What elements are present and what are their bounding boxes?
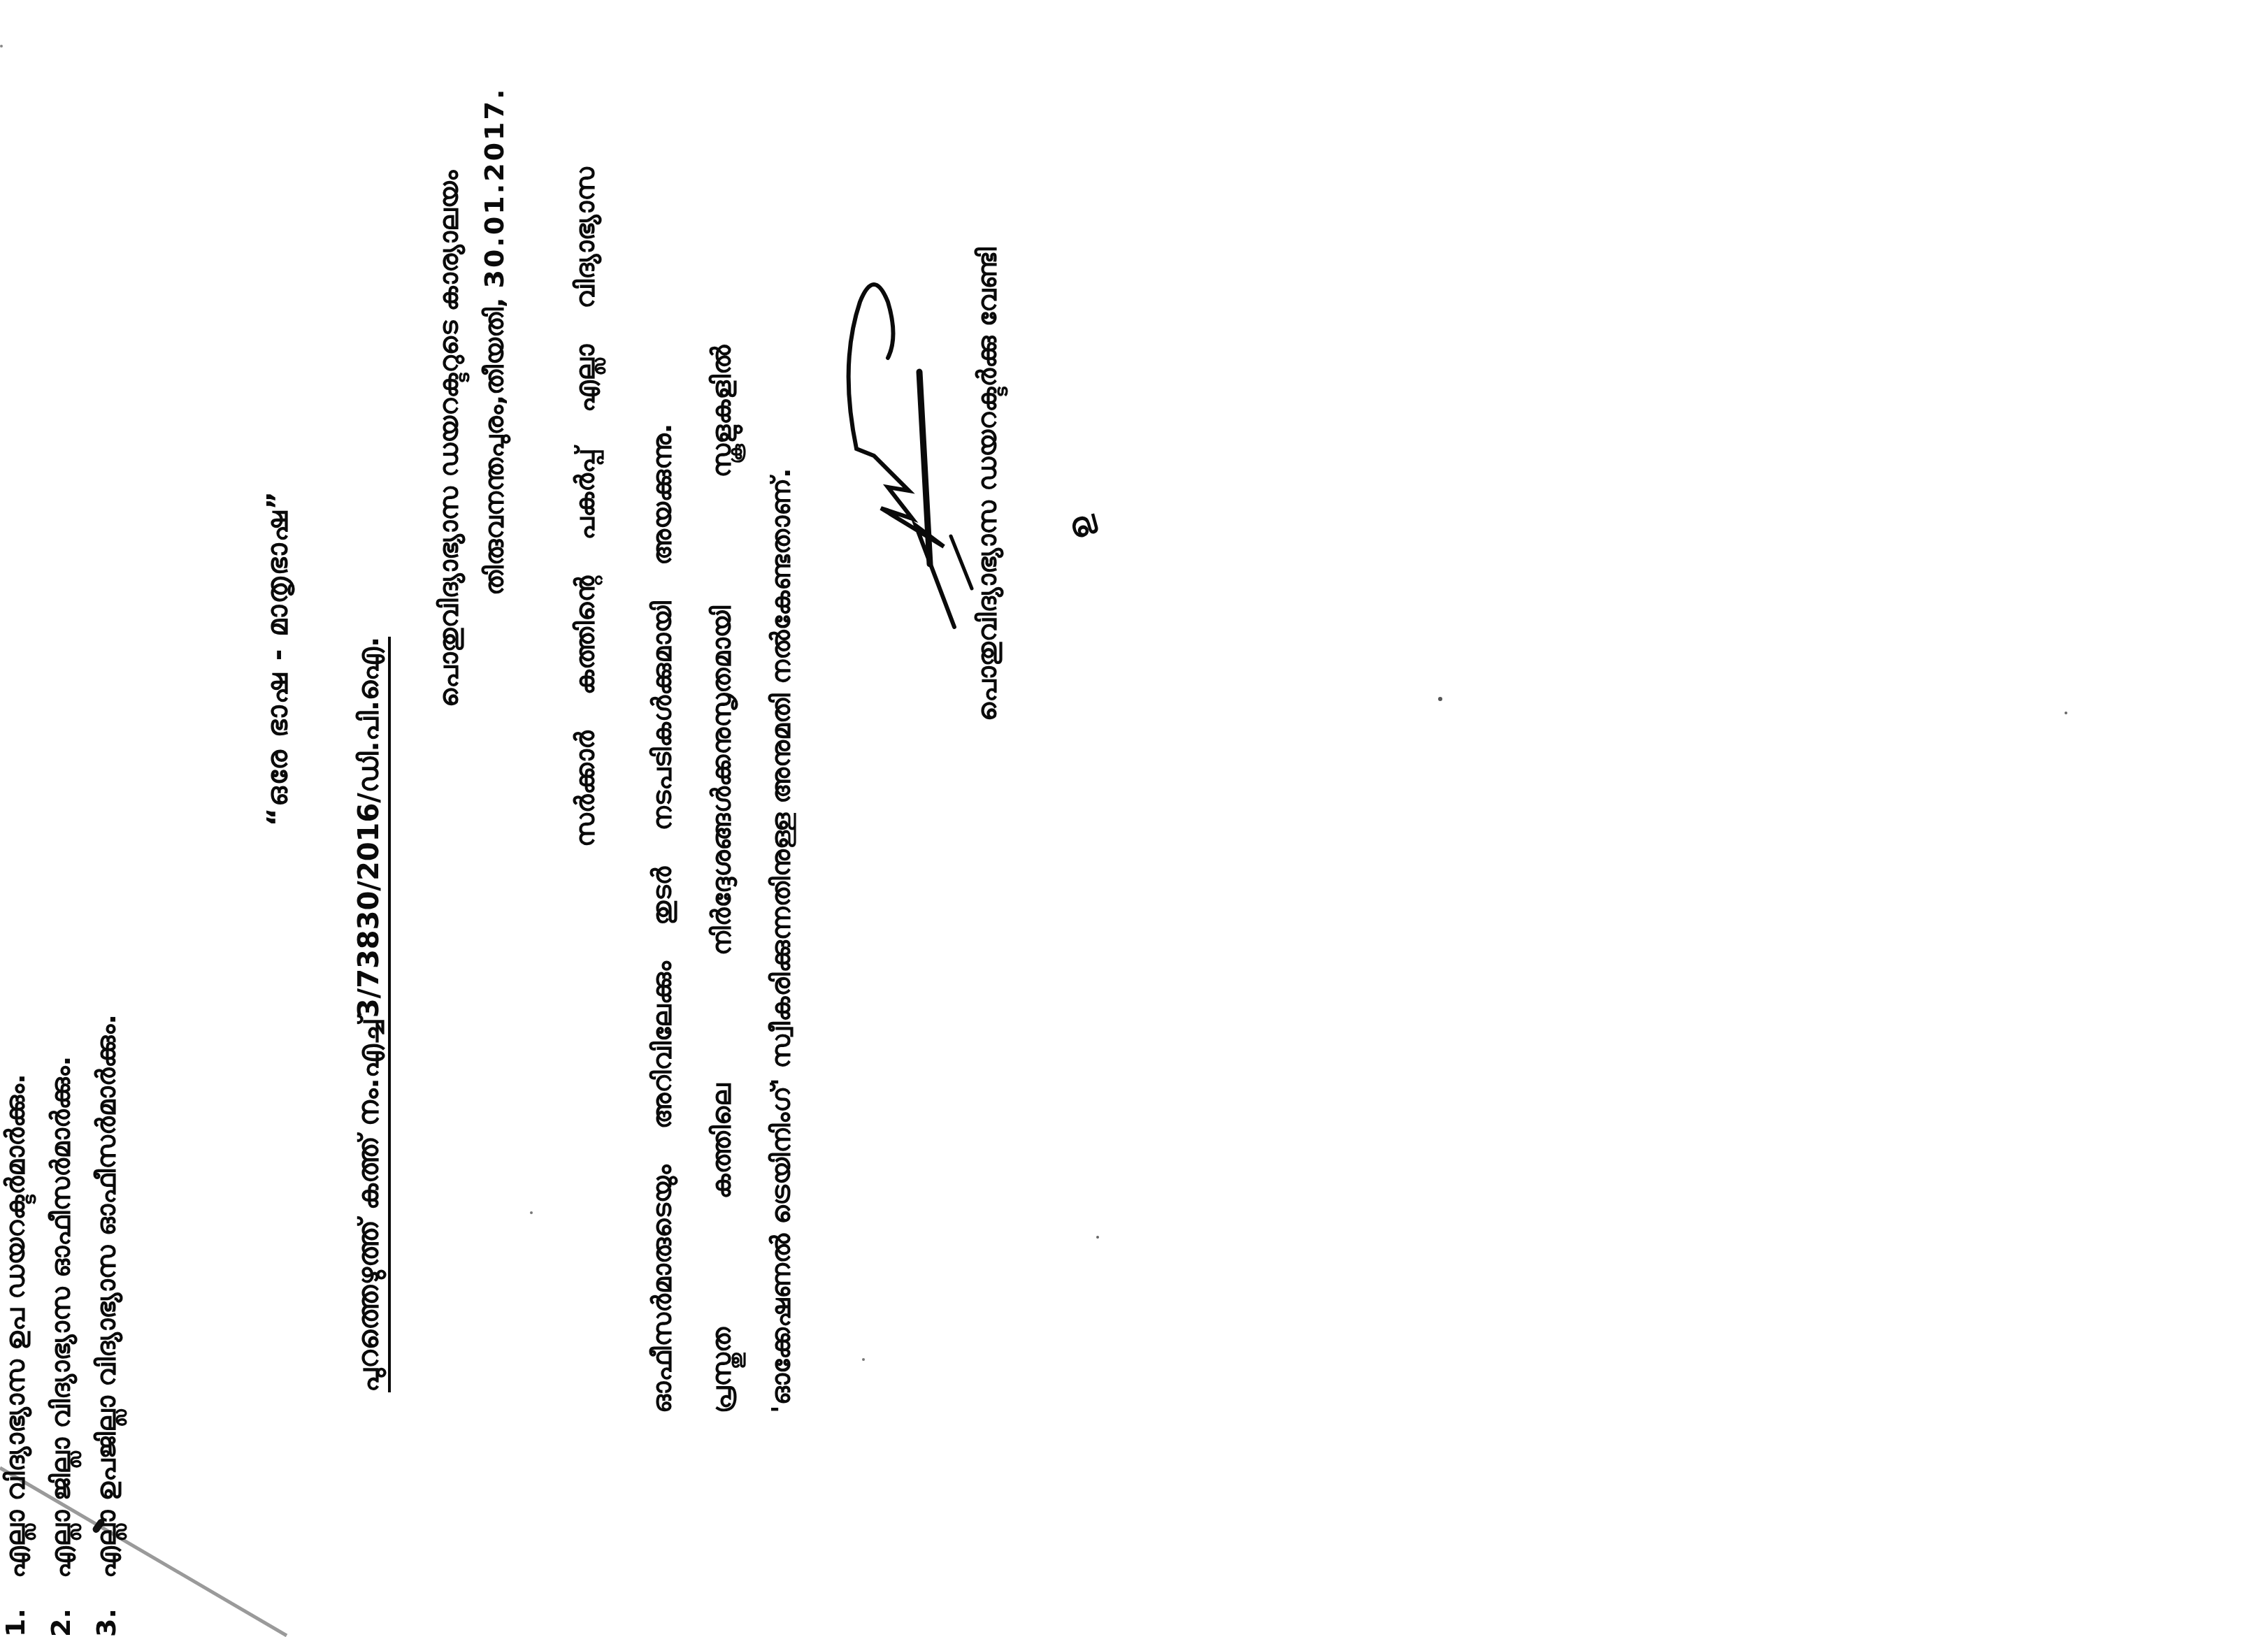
recipient-item: 2. എല്ലാ ജില്ലാ വിദ്യാഭ്യാസ ഓഫീസർമാർക്കു… <box>45 1056 77 1637</box>
recipient-text: എല്ലാ ജില്ലാ വിദ്യാഭ്യാസ ഓഫീസർമാർക്കും. <box>45 1056 76 1578</box>
word: എല്ലാ <box>570 345 601 412</box>
word: തുടർ <box>647 867 677 925</box>
body-line-1: സർക്കാർ കത്തിന്റെ പകർപ്പ് എല്ലാ വിദ്യാഭ്… <box>570 140 601 847</box>
letter-title: “ഒരേ ഭാഷ - മാതൃഭാഷ” <box>262 490 294 826</box>
word: ഓഫീസർമാരുടെയും <box>647 1164 677 1413</box>
word: പ്രസ്തുത <box>706 1327 737 1413</box>
recipient-number: 1. <box>0 1608 31 1637</box>
initial-mark: ഉ <box>1061 513 1100 544</box>
recipient-item: 1. എല്ലാ വിദ്യാഭ്യാസ ഉപ ഡയറക്ടർമാർക്കും. <box>0 1074 31 1637</box>
letter-date: 30.01.2017. <box>479 87 510 289</box>
word: അറിവിലേക്കും <box>647 961 677 1129</box>
recipient-number: 2. <box>45 1608 76 1637</box>
word: സർക്കാർ <box>570 730 601 847</box>
word: പകർപ്പ് <box>570 448 601 540</box>
place-label: തിരുവനന്തപുരം,തീയതി, <box>479 298 510 596</box>
office-name: പൊതുവിദ്യാഭ്യാസ ഡയറക്ടറുടെ കാര്യാലയം <box>433 171 465 707</box>
word: വിദ്യാഭ്യാസ <box>570 167 601 308</box>
word: സ്കൂളുകളിൽ <box>706 345 737 478</box>
place-date-line: തിരുവനന്തപുരം,തീയതി, 30.01.2017. <box>479 87 510 596</box>
signature-icon <box>832 239 979 630</box>
body-line-3: പ്രസ്തുത കത്തിലെ നിർദ്ദേശങ്ങൾക്കനുസൃതമായ… <box>706 319 738 1413</box>
word: അയക്കുന്നു. <box>647 424 677 565</box>
reference-number: പുറത്തെഴുത്ത് കത്ത് നം.എച്ച്3/73830/2016… <box>353 637 385 1392</box>
recipient-text: എല്ലാ ഉപജില്ലാ വിദ്യാഭ്യാസ ഓഫീസർമാർക്കും… <box>91 1014 122 1578</box>
word: കത്തിന്റെ <box>570 576 601 695</box>
body-line-4: 'ഓക്കേഷണൽ ട്രെയിനിംഗ്' സ്വീകരിക്കുന്നതിന… <box>766 468 797 1413</box>
body-line-2: ഓഫീസർമാരുടെയും അറിവിലേക്കും തുടർ നടപടികൾ… <box>647 397 678 1413</box>
recipient-number: 3. <box>91 1608 122 1637</box>
recipient-text: എല്ലാ വിദ്യാഭ്യാസ ഉപ ഡയറക്ടർമാർക്കും. <box>0 1074 31 1578</box>
word: നിർദ്ദേശങ്ങൾക്കനുസൃതമായി <box>706 606 737 955</box>
recipient-item: 3. എല്ലാ ഉപജില്ലാ വിദ്യാഭ്യാസ ഓഫീസർമാർക്… <box>91 1014 122 1637</box>
signatory-line: പൊതുവിദ്യാഭ്യാസ ഡയറക്ടർക്കു വേണ്ടി <box>972 247 1003 721</box>
word: നടപടികൾക്കുമായി <box>647 601 677 831</box>
letter-page: “ഒരേ ഭാഷ - മാതൃഭാഷ” പുറത്തെഴുത്ത് കത്ത് … <box>0 0 2268 1637</box>
word: കത്തിലെ <box>706 1083 737 1199</box>
